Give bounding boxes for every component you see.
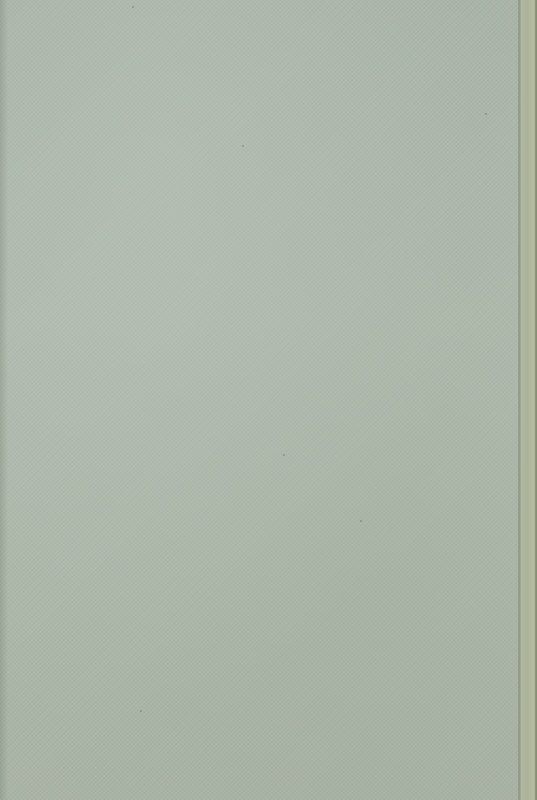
cloth-speck [242, 145, 244, 147]
cloth-speck [132, 6, 134, 8]
cloth-speck [140, 710, 142, 712]
cloth-speck [360, 520, 362, 522]
cover-left-edge [0, 0, 8, 800]
book-cover [0, 0, 537, 800]
book-spine-edge [521, 0, 537, 800]
cloth-speck [283, 454, 285, 456]
cloth-speck [485, 113, 487, 115]
